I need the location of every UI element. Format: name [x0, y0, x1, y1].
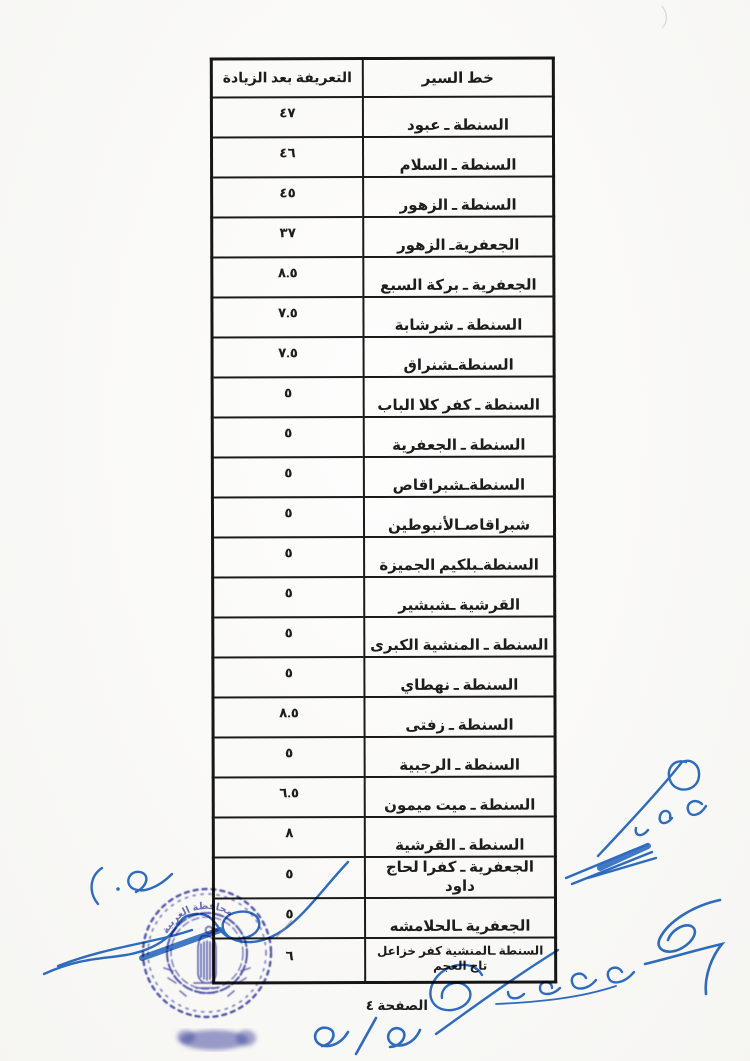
- signature-right-lower: [645, 900, 722, 994]
- signature-bottom-center: [430, 950, 634, 1034]
- signature-left: [44, 862, 348, 974]
- ink-annotations: [0, 0, 750, 1061]
- signature-bottom-left: [315, 1018, 420, 1054]
- stamp-smudge: [177, 1030, 256, 1050]
- signature-right-upper: [566, 761, 706, 884]
- scan-artifacts: [276, 6, 667, 938]
